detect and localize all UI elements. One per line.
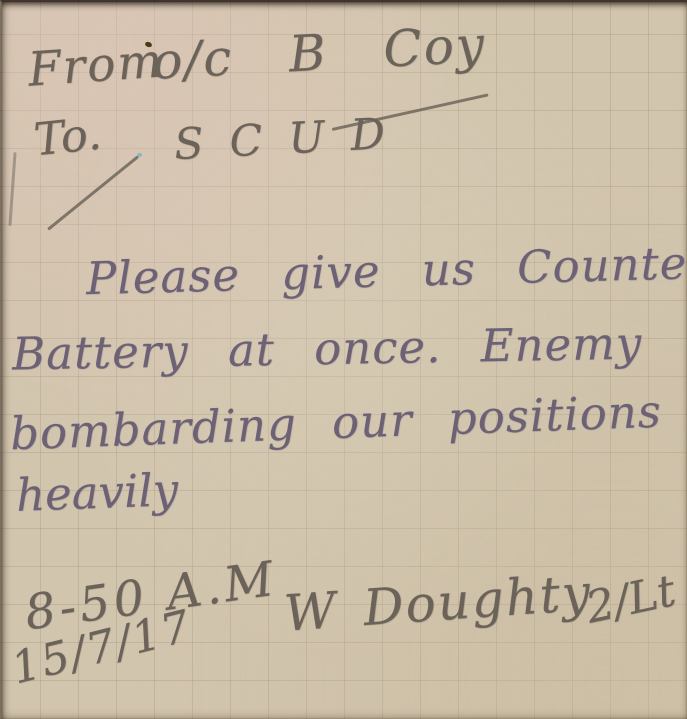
to-value: SCUD	[173, 112, 412, 167]
from-label: From	[27, 37, 166, 93]
paper-speck-blue	[137, 153, 142, 157]
rank-text: 2/Lt	[582, 569, 679, 631]
message-body-line: bombarding our positions	[9, 389, 662, 457]
to-label: To.	[32, 111, 103, 163]
message-body-line: heavily	[15, 467, 179, 518]
margin-tick-stroke	[8, 152, 16, 226]
message-body-line: Please give us Counter	[86, 240, 687, 301]
signature-text: W Doughty	[283, 567, 594, 638]
message-sheet: From o/c B Coy To. SCUD Please give us C…	[0, 0, 687, 719]
from-value: o/c B Coy	[151, 19, 487, 86]
message-body-line: Battery at once. Enemy	[12, 321, 643, 377]
slash-stroke	[47, 155, 139, 230]
